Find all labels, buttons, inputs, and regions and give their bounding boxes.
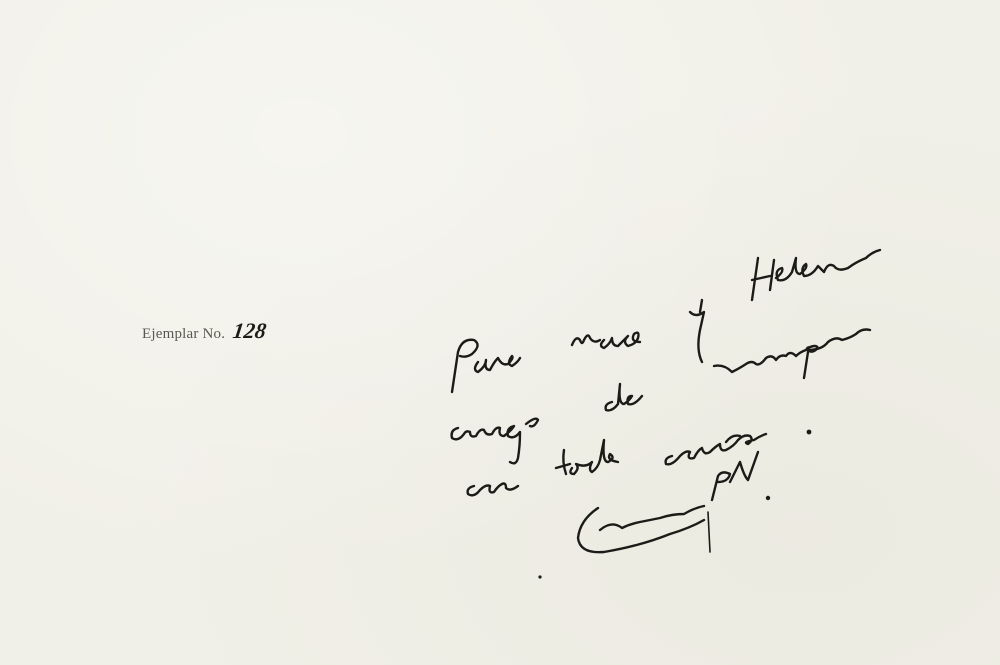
handwriting-line-2	[452, 330, 870, 464]
signature-mark	[538, 452, 770, 579]
handwritten-dedication: Para Mace y Helen amigos de siempre con …	[0, 0, 1000, 665]
handwriting-strokes	[0, 0, 1000, 665]
handwriting-line-1	[452, 250, 880, 392]
